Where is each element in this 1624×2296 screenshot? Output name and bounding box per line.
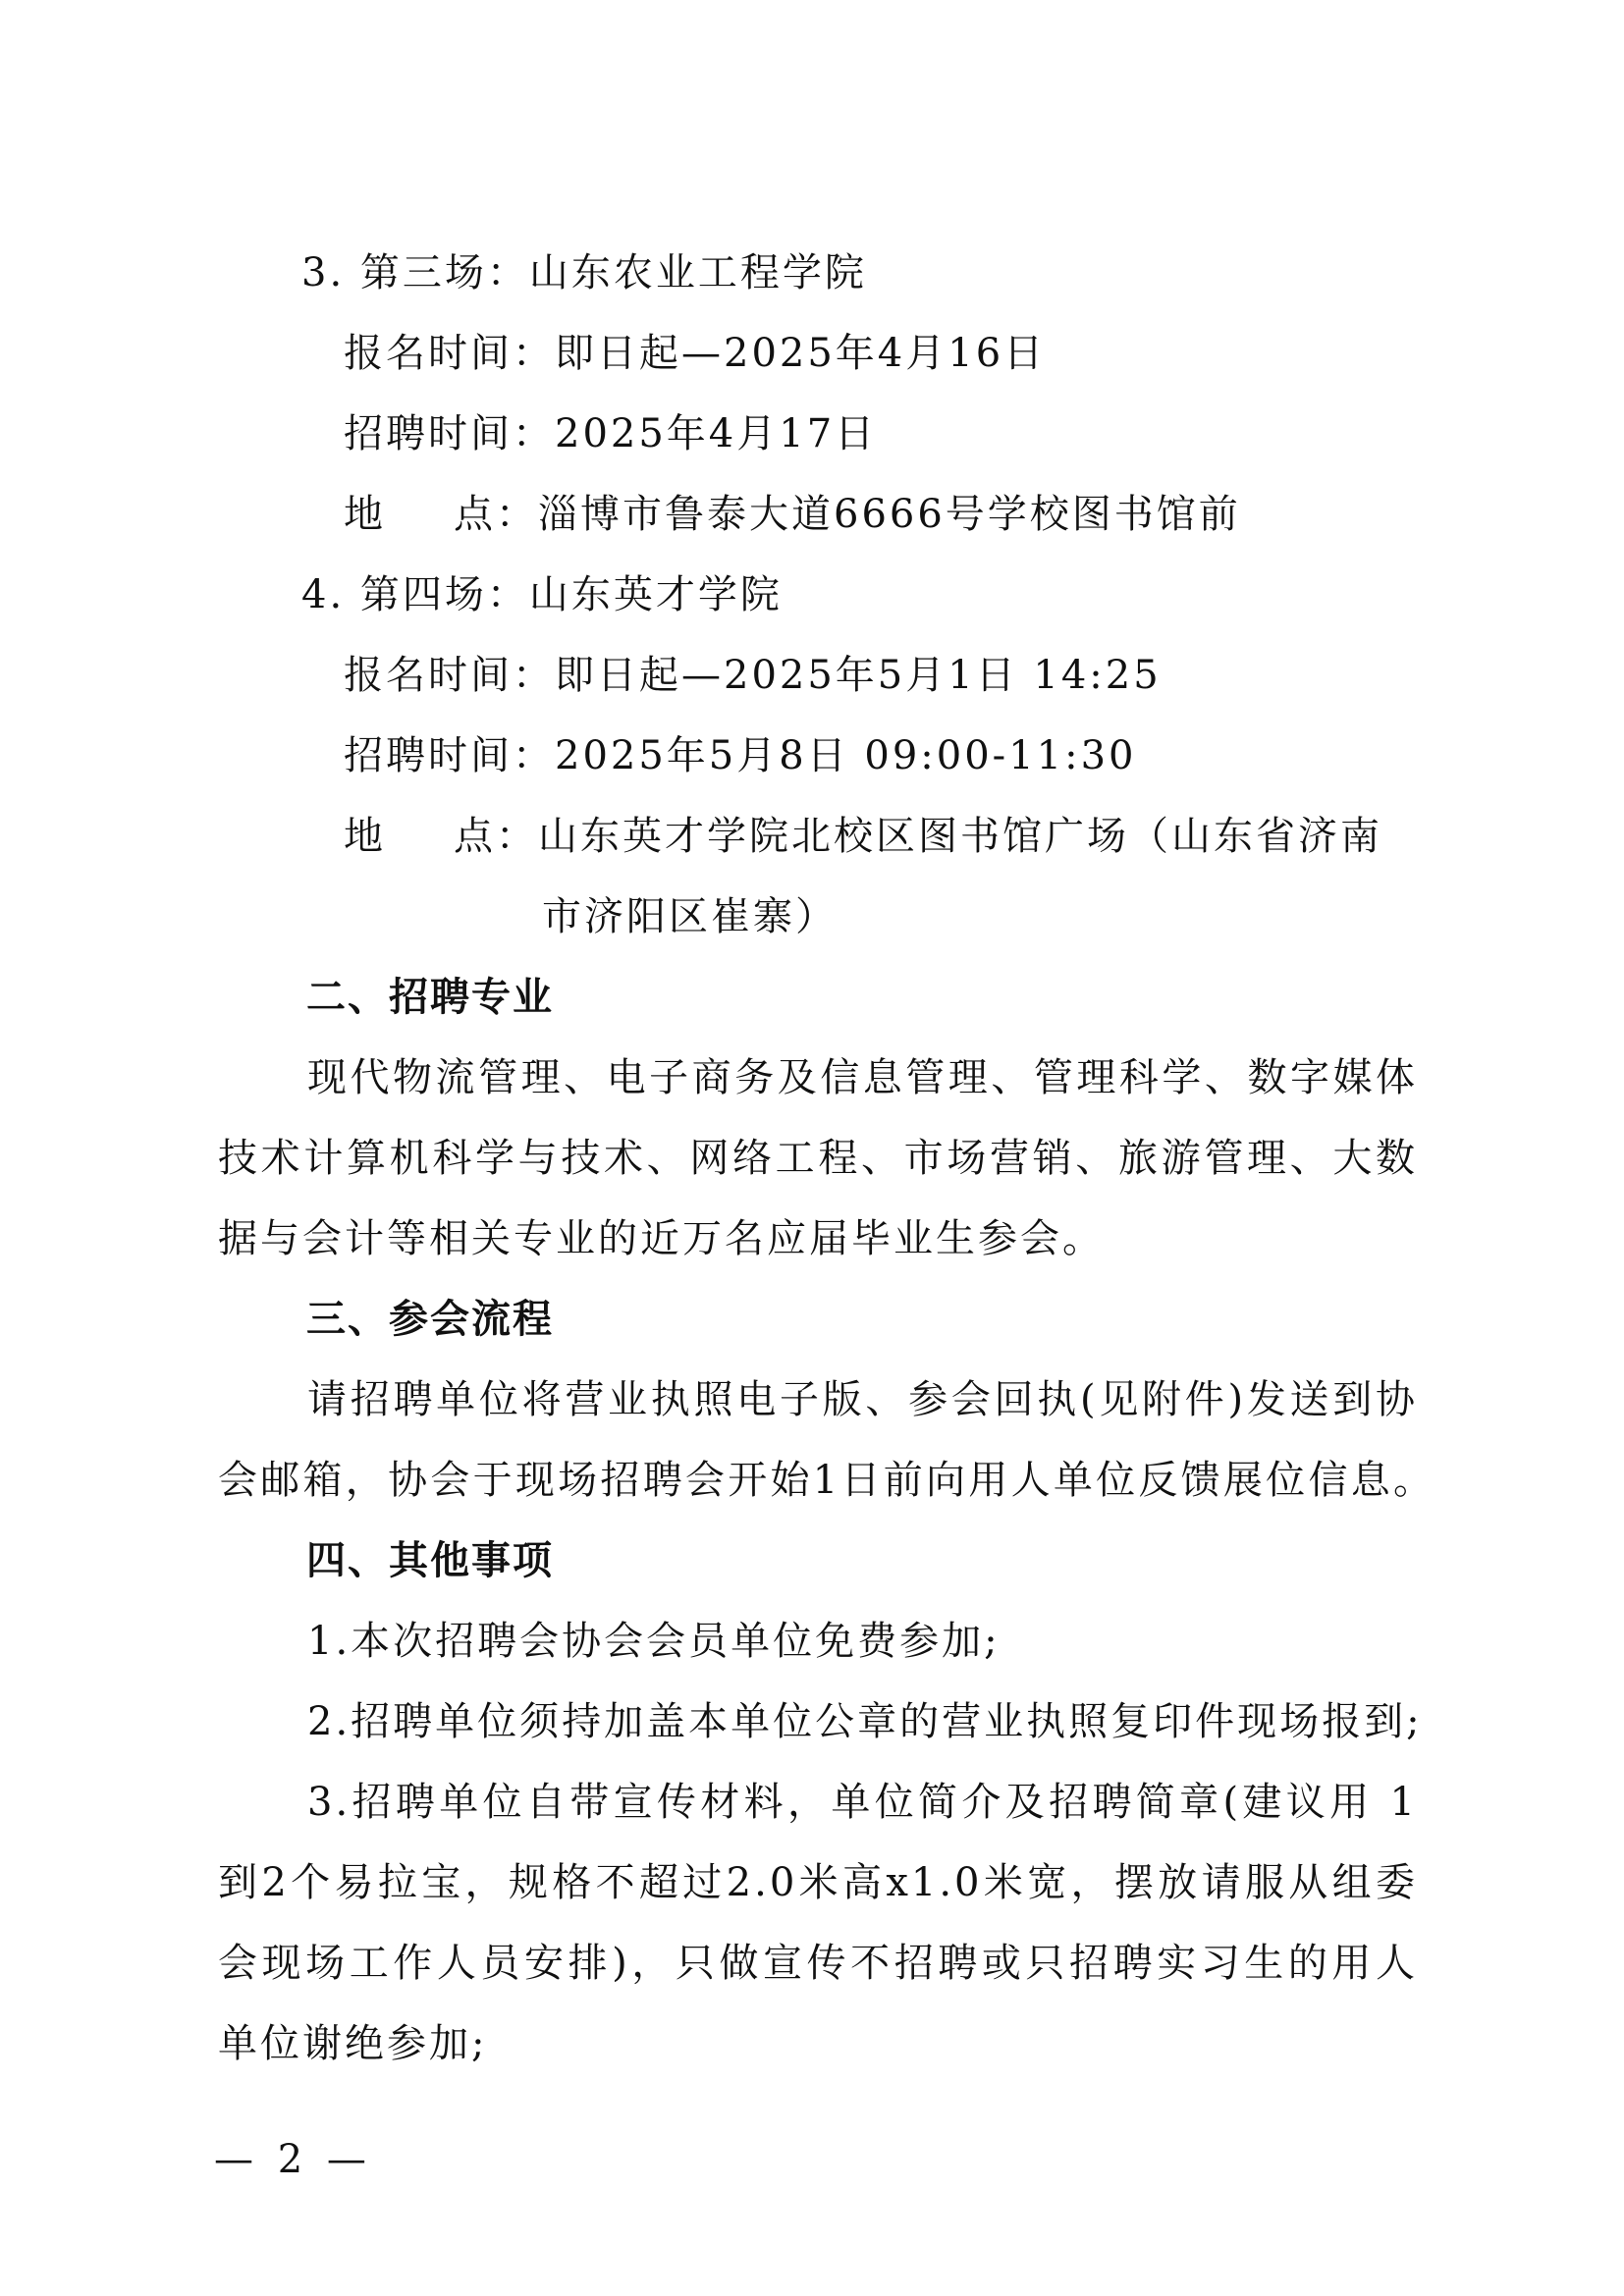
section-4-item: 3.招聘单位自带宣传材料，单位简介及招聘简章(建议用 1 [307,1779,1418,1826]
session-3-recruit: 招聘时间：2025年4月17日 [344,410,877,457]
section-4-continuation: 会现场工作人员安排)，只做宣传不招聘或只招聘实习生的用人 [218,1940,1418,1987]
session-4-place: 地点：山东英才学院北校区图书馆广场（山东省济南 [344,813,1382,860]
section-4-heading: 四、其他事项 [306,1537,554,1584]
section-2-heading: 二、招聘专业 [306,974,554,1021]
place-label-2: 点： [454,492,538,537]
section-4-continuation: 到2个易拉宝，规格不超过2.0米高x1.0米宽，摆放请服从组委 [218,1859,1418,1906]
section-4-item: 1.本次招聘会协会会员单位免费参加; [307,1618,1001,1665]
section-3-heading: 三、参会流程 [306,1296,554,1343]
place-label-2: 点： [454,814,538,859]
session-3-place: 地点：淄博市鲁泰大道6666号学校图书馆前 [344,491,1241,538]
session-3-title: 3. 第三场：山东农业工程学院 [301,249,867,296]
register-value: 即日起—2025年4月16日 [555,331,1046,376]
register-label: 报名时间： [344,331,555,376]
session-4-place-cont: 市济阳区崔寨） [542,893,838,940]
recruit-value: 2025年4月17日 [555,411,877,456]
recruit-label: 招聘时间： [344,411,555,456]
place-value: 淄博市鲁泰大道6666号学校图书馆前 [538,492,1241,537]
session-3-register: 报名时间：即日起—2025年4月16日 [344,330,1046,377]
page-number: — 2 — [214,2136,372,2183]
recruit-value: 2025年5月8日 09:00-11:30 [555,733,1136,778]
register-value: 即日起—2025年5月1日 14:25 [555,653,1162,698]
section-3-line: 会邮箱，协会于现场招聘会开始1日前向用人单位反馈展位信息。 [218,1457,1435,1504]
place-value: 山东英才学院北校区图书馆广场（山东省济南 [538,814,1382,859]
section-2-line: 技术计算机科学与技术、网络工程、市场营销、旅游管理、大数 [218,1135,1418,1182]
section-3-line: 请招聘单位将营业执照电子版、参会回执(见附件)发送到协 [307,1376,1418,1423]
place-label-1: 地 [344,491,454,538]
document-page: 3. 第三场：山东农业工程学院 报名时间：即日起—2025年4月16日 招聘时间… [0,0,1624,2296]
section-2-line: 现代物流管理、电子商务及信息管理、管理科学、数字媒体 [307,1054,1418,1101]
section-2-line: 据与会计等相关专业的近万名应届毕业生参会。 [218,1215,1105,1262]
session-4-title: 4. 第四场：山东英才学院 [301,571,783,618]
place-label-1: 地 [344,813,454,860]
session-4-recruit: 招聘时间：2025年5月8日 09:00-11:30 [344,732,1136,779]
recruit-label: 招聘时间： [344,733,555,778]
section-4-continuation: 单位谢绝参加; [218,2020,487,2067]
section-4-item: 2.招聘单位须持加盖本单位公章的营业执照复印件现场报到; [307,1698,1423,1745]
register-label: 报名时间： [344,653,555,698]
session-4-register: 报名时间：即日起—2025年5月1日 14:25 [344,652,1162,699]
